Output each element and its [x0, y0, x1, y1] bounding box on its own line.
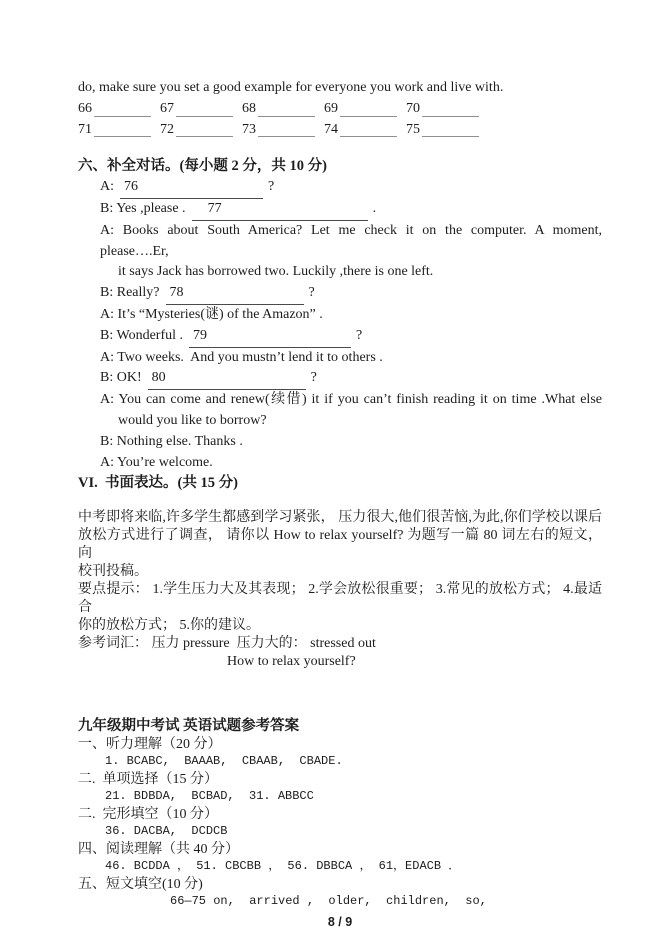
answer-blank-69: 69: [324, 99, 397, 120]
exam-page: do, make sure you set a good example for…: [0, 0, 660, 933]
essay-title: How to relax yourself?: [227, 653, 602, 671]
blank-number: 66: [78, 99, 92, 120]
dialogue-line-79: B: Wonderful .79?: [100, 326, 602, 348]
punctuation: ?: [356, 328, 362, 343]
answer-key-heading-multiple-choice: 二. 单项选择（15 分）: [78, 771, 602, 789]
reference-vocabulary-line: 参考词汇： 压力 pressure 压力大的： stressed out: [78, 635, 602, 653]
answer-key-heading-listening: 一、听力理解（20 分）: [78, 736, 602, 754]
answer-blank-66: 66: [78, 99, 151, 120]
answer-blank-75: 75: [406, 120, 479, 141]
answer-blank-80: 80: [148, 368, 306, 390]
blank-number: 69: [324, 99, 338, 120]
punctuation: ?: [311, 370, 317, 385]
punctuation: .: [373, 201, 377, 216]
answer-blank-76: 76: [120, 177, 263, 199]
answer-blank-79: 79: [189, 326, 351, 348]
section-heading-text: VI. 书面表达。: [78, 475, 178, 491]
speaker-text: B: Wonderful .: [100, 328, 183, 343]
section-heading-points: (每小题 2 分，共 10 分): [180, 158, 327, 174]
blank-underline: [422, 115, 479, 117]
key-points-line-2: 你的放松方式； 5.你的建议。: [78, 617, 602, 635]
dialogue-line-books-2: it says Jack has borrowed two. Luckily ,…: [118, 262, 602, 283]
speaker-text: A:: [100, 179, 114, 194]
dialogue-line-77: B: Yes ,please .77.: [100, 199, 602, 221]
dialogue-line-books-1: A: Books about South America? Let me che…: [100, 221, 602, 263]
blank-number: 74: [324, 120, 338, 141]
answer-key-heading-passage-blanks: 五、短文填空(10 分): [78, 876, 602, 894]
answer-key-answers-listening: 1. BCABC, BAAAB, CBAAB, CBADE.: [105, 753, 602, 771]
blank-underline: [340, 135, 397, 137]
answer-blank-74: 74: [324, 120, 397, 141]
dialogue-line-nothing-else: B: Nothing else. Thanks .: [100, 432, 602, 453]
blank-number: 78: [170, 285, 184, 300]
blank-underline: [258, 135, 315, 137]
dialogue-line-76: A:76?: [100, 177, 602, 199]
answer-blank-68: 68: [242, 99, 315, 120]
dialogue-line-two-weeks: A: Two weeks. And you mustn’t lend it to…: [100, 348, 602, 369]
blank-number: 75: [406, 120, 420, 141]
answer-blank-73: 73: [242, 120, 315, 141]
blank-underline: [422, 135, 479, 137]
answer-blank-72: 72: [160, 120, 233, 141]
blank-number: 72: [160, 120, 174, 141]
section-heading-text: 六、补全对话。: [78, 158, 180, 174]
page-number: 8 / 9: [78, 915, 602, 929]
blank-number: 77: [208, 201, 222, 216]
answer-blank-77: 77: [192, 199, 368, 221]
answer-key-answers-reading: 46. BCDDA ， 51. CBCBB ， 56. DBBCA ， 61，E…: [105, 858, 602, 876]
answer-key-section: 九年级期中考试 英语试题参考答案 一、听力理解（20 分） 1. BCABC, …: [78, 718, 602, 911]
answer-key-answers-cloze: 36. DACBA, DCDCB: [105, 823, 602, 841]
cloze-blank-row-1: 66 67 68 69 70: [78, 99, 602, 120]
dialogue-line-80: B: OK!80?: [100, 368, 602, 390]
blank-number: 76: [124, 179, 138, 194]
punctuation: ?: [309, 285, 315, 300]
dialogue-line-mysteries: A: It’s “Mysteries(谜) of the Amazon” .: [100, 305, 602, 326]
section-heading-writing: VI. 书面表达。(共 15 分): [78, 473, 602, 494]
fill-in-blanks-answer-grid: do, make sure you set a good example for…: [78, 78, 602, 140]
speaker-text: B: Yes ,please .: [100, 201, 186, 216]
speaker-text: B: OK!: [100, 370, 142, 385]
blank-number: 67: [160, 99, 174, 120]
dialogue-line-welcome: A: You’re welcome.: [100, 453, 602, 474]
cloze-blank-row-2: 71 72 73 74 75: [78, 120, 602, 141]
prompt-paragraph-line-1: 中考即将来临,许多学生都感到学习紧张， 压力很大,他们很苦恼,为此,你们学校以课…: [78, 509, 602, 527]
blank-underline: [176, 135, 233, 137]
dialogue-line-renew-1: A: You can come and renew(续借) it if you …: [100, 390, 602, 411]
section-heading-points: (共 15 分): [178, 475, 238, 491]
blank-underline: [258, 115, 315, 117]
dialogue-line-78: B: Really?78?: [100, 283, 602, 305]
blank-number: 68: [242, 99, 256, 120]
answer-key-heading-cloze: 二. 完形填空（10 分）: [78, 806, 602, 824]
answer-key-answers-multiple-choice: 21. BDBDA, BCBAD, 31. ABBCC: [105, 788, 602, 806]
answer-key-answers-passage-blanks: 66—75 on, arrived , older, children, so,: [170, 893, 602, 911]
answer-blank-67: 67: [160, 99, 233, 120]
answer-blank-78: 78: [166, 283, 304, 305]
answer-blank-70: 70: [406, 99, 479, 120]
blank-underline: [176, 115, 233, 117]
dialogue-body: A:76? B: Yes ,please .77. A: Books about…: [100, 177, 602, 473]
prompt-paragraph-line-2: 放松方式进行了调查， 请你以 How to relax yourself? 为题…: [78, 527, 602, 563]
key-points-line-1: 要点提示： 1.学生压力大及其表现； 2.学会放松很重要； 3.常见的放松方式；…: [78, 581, 602, 617]
cloze-lead-sentence: do, make sure you set a good example for…: [78, 78, 602, 99]
blank-number: 70: [406, 99, 420, 120]
section-heading-dialogue: 六、补全对话。(每小题 2 分，共 10 分): [78, 156, 602, 177]
blank-underline: [340, 115, 397, 117]
dialogue-line-renew-2: would you like to borrow?: [118, 411, 602, 432]
blank-number: 71: [78, 120, 92, 141]
answer-key-title: 九年级期中考试 英语试题参考答案: [78, 718, 602, 736]
dialogue-completion-section: 六、补全对话。(每小题 2 分，共 10 分) A:76? B: Yes ,pl…: [78, 156, 602, 473]
blank-number: 79: [193, 328, 207, 343]
blank-number: 73: [242, 120, 256, 141]
punctuation: ?: [268, 179, 274, 194]
writing-task-section: VI. 书面表达。(共 15 分) 中考即将来临,许多学生都感到学习紧张， 压力…: [78, 473, 602, 671]
writing-task-body: 中考即将来临,许多学生都感到学习紧张， 压力很大,他们很苦恼,为此,你们学校以课…: [78, 509, 602, 671]
prompt-paragraph-line-3: 校刊投稿。: [78, 563, 602, 581]
blank-underline: [94, 135, 151, 137]
blank-number: 80: [152, 370, 166, 385]
blank-underline: [94, 115, 151, 117]
speaker-text: B: Really?: [100, 285, 160, 300]
answer-key-heading-reading: 四、阅读理解（共 40 分）: [78, 841, 602, 859]
answer-blank-71: 71: [78, 120, 151, 141]
